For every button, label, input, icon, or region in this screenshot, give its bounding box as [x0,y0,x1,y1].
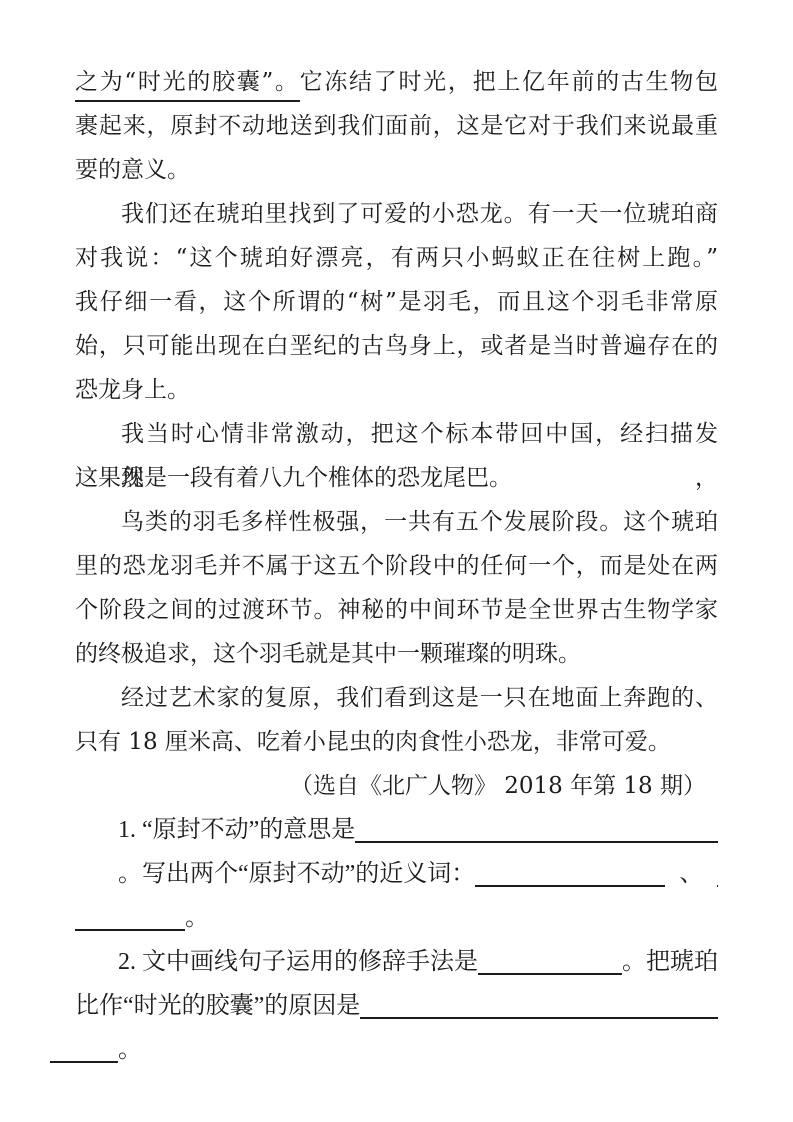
passage-line: 个阶段之间的过渡环节。神秘的中间环节是全世界古生物学家 [75,588,718,632]
question-1-text: 。写出两个“原封不动”的近义词： [118,852,475,896]
questions-section: 1. “原封不动”的意思是 。写出两个“原封不动”的近义词： 、 。 2. 文中… [75,808,718,1072]
passage-line: 只有 18 厘米高、吃着小昆虫的肉食性小恐龙，非常可爱。 [75,720,718,764]
source-attribution: （选自《北广人物》 2018 年第 18 期） [75,764,718,808]
question-1-line-3: 。 [75,896,718,940]
period: 。 [185,905,209,931]
passage-line: 之为“时光的胶囊”。它冻结了时光，把上亿年前的古生物包 [75,60,718,104]
passage-line: 我仔细一看，这个所谓的“树”是羽毛，而且这个羽毛非常原 [75,280,718,324]
answer-blank [478,972,622,975]
passage-line: 对我说：“这个琥珀好漂亮，有两只小蚂蚁正在往树上跑。” [75,236,718,280]
passage-line: 的终极追求，这个羽毛就是其中一颗璀璨的明珠。 [75,632,718,676]
passage-line: 恐龙身上。 [75,368,718,412]
answer-blank [75,928,185,931]
passage-text: 它冻结了时光，把上亿年前的古生物包 [300,69,718,95]
underlined-phrase: 之为“时光的胶囊”。 [75,69,300,102]
question-1-line-2: 。写出两个“原封不动”的近义词： 、 [75,852,718,896]
passage-line: 我当时心情非常激动，把这个标本带回中国，经扫描发现， [75,412,718,456]
question-2-text: 。把琥珀 [622,940,718,984]
answer-blank [475,884,665,887]
enumeration-comma: 、 [665,852,717,896]
passage-line: 里的恐龙羽毛并不属于这五个阶段中的任何一个，而是处在两 [75,544,718,588]
reading-passage: 之为“时光的胶囊”。它冻结了时光，把上亿年前的古生物包 裹起来，原封不动地送到我… [75,60,718,808]
period: 。 [118,1037,142,1063]
passage-line: 裹起来，原封不动地送到我们面前，这是它对于我们来说最重 [75,104,718,148]
answer-blank [360,1016,718,1019]
question-2-text: 2. 文中画线句子运用的修辞手法是 [118,940,478,984]
question-2-line-3: 。 [75,1028,718,1072]
answer-blank [50,1060,118,1063]
passage-line: 经过艺术家的复原，我们看到这是一只在地面上奔跑的、 [75,676,718,720]
answer-blank [717,884,718,887]
question-1-line-1: 1. “原封不动”的意思是 [75,808,718,852]
passage-line: 我们还在琥珀里找到了可爱的小恐龙。有一天一位琥珀商 [75,192,718,236]
question-2-line-2: 比作“时光的胶囊”的原因是 [75,984,718,1028]
question-2-line-1: 2. 文中画线句子运用的修辞手法是 。把琥珀 [75,940,718,984]
question-2-text: 比作“时光的胶囊”的原因是 [75,984,360,1028]
question-1-text: 1. “原封不动”的意思是 [118,808,355,852]
passage-line: 鸟类的羽毛多样性极强，一共有五个发展阶段。这个琥珀 [75,500,718,544]
passage-line: 始，只可能出现在白垩纪的古鸟身上，或者是当时普遍存在的 [75,324,718,368]
worksheet-page: 之为“时光的胶囊”。它冻结了时光，把上亿年前的古生物包 裹起来，原封不动地送到我… [0,0,793,1122]
answer-blank [355,840,718,843]
passage-line: 要的意义。 [75,148,718,192]
